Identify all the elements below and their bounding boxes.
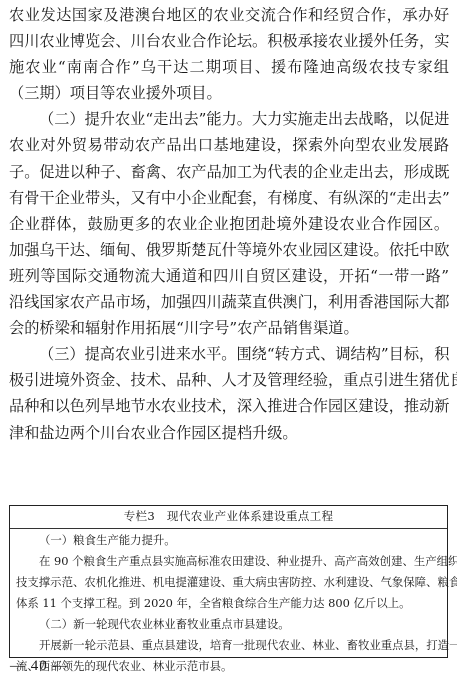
paragraph-going-out: （二）提升农业“走出去”能力。大力实施走出去战略，以促进 农业对外贸易带动农产品… bbox=[9, 106, 449, 341]
text-line: 津和盐边两个川台农业合作园区提档升级。 bbox=[9, 420, 449, 446]
box-text-line: 流、西部领先的现代农业、林业示范市县。 bbox=[16, 656, 441, 677]
section-heading-line: （三）提高农业引进来水平。围绕“转方式、调结构”目标，积 bbox=[9, 341, 449, 367]
body-text: 农业发达国家及港澳台地区的农业交流合作和经贸合作，承办好 四川农业博览会、川台农… bbox=[9, 2, 449, 446]
feature-box-title: 专栏3 现代农业产业体系建设重点工程 bbox=[10, 506, 447, 529]
feature-box-content: （一）粮食生产能力提升。 在 90 个粮食生产重点县实施高标准农田建设、种业提升… bbox=[10, 529, 447, 677]
feature-box: 专栏3 现代农业产业体系建设重点工程 （一）粮食生产能力提升。 在 90 个粮食… bbox=[9, 505, 448, 658]
paragraph-international-exchange: 农业发达国家及港澳台地区的农业交流合作和经贸合作，承办好 四川农业博览会、川台农… bbox=[9, 2, 449, 106]
text-line: 会的桥梁和辐射作用拓展“川字号”农产品销售渠道。 bbox=[9, 315, 449, 341]
text-line: 农业对外贸易带动农产品出口基地建设，探索外向型农业发展路 bbox=[9, 132, 449, 158]
text-line: 四川农业博览会、川台农业合作论坛。积极承接农业援外任务，实 bbox=[9, 28, 449, 54]
text-line: 施农业“南南合作”乌干达二期项目、援布隆迪高级农技专家组 bbox=[9, 54, 449, 80]
text-line: 企业群体，鼓励更多的农业企业抱团赴境外建设农业合作园区。 bbox=[9, 211, 449, 237]
box-text-line: 在 90 个粮食生产重点县实施高标准农田建设、种业提升、高产高效创建、生产组织创… bbox=[16, 551, 441, 572]
section-heading-line: （二）提升农业“走出去”能力。大力实施走出去战略，以促进 bbox=[9, 106, 449, 132]
box-subheading: （二）新一轮现代农业林业畜牧业重点市县建设。 bbox=[16, 614, 441, 635]
paragraph-bringing-in: （三）提高农业引进来水平。围绕“转方式、调结构”目标，积 极引进境外资金、技术、… bbox=[9, 341, 449, 445]
box-text-line: 体系 11 个支撑工程。到 2020 年，全省粮食综合生产能力达 800 亿斤以… bbox=[16, 593, 441, 614]
text-line: 品种和以色列旱地节水农业技术，深入推进合作园区建设，推动新 bbox=[9, 393, 449, 419]
text-line: 极引进境外资金、技术、品种、人才及管理经验，重点引进生猪优良 bbox=[9, 367, 449, 393]
text-line: 沿线国家农产品市场，加强四川蔬菜直供澳门，利用香港国际大都 bbox=[9, 289, 449, 315]
text-line: 有骨干企业带头，又有中小企业配套，有梯度、有纵深的“走出去” bbox=[9, 185, 449, 211]
text-line: 子。促进以种子、畜禽、农产品加工为代表的企业走出去，形成既 bbox=[9, 159, 449, 185]
text-line: 班列等国际交通物流大通道和四川自贸区建设，开拓“一带一路” bbox=[9, 263, 449, 289]
box-text-line: 技支撑示范、农机化推进、机电提灌建设、重大病虫害防控、水利建设、气象保障、粮食收… bbox=[16, 572, 441, 593]
text-line: （三期）项目等农业援外项目。 bbox=[9, 80, 449, 106]
box-subheading: （一）粮食生产能力提升。 bbox=[16, 530, 441, 551]
text-line: 农业发达国家及港澳台地区的农业交流合作和经贸合作，承办好 bbox=[9, 2, 449, 28]
box-text-line: 开展新一轮示范县、重点县建设，培育一批现代农业、林业、畜牧业重点县，打造一批全国… bbox=[16, 635, 441, 656]
page-number: — 40 — bbox=[10, 658, 69, 675]
text-line: 加强乌干达、缅甸、俄罗斯楚瓦什等境外农业园区建设。依托中欧 bbox=[9, 237, 449, 263]
